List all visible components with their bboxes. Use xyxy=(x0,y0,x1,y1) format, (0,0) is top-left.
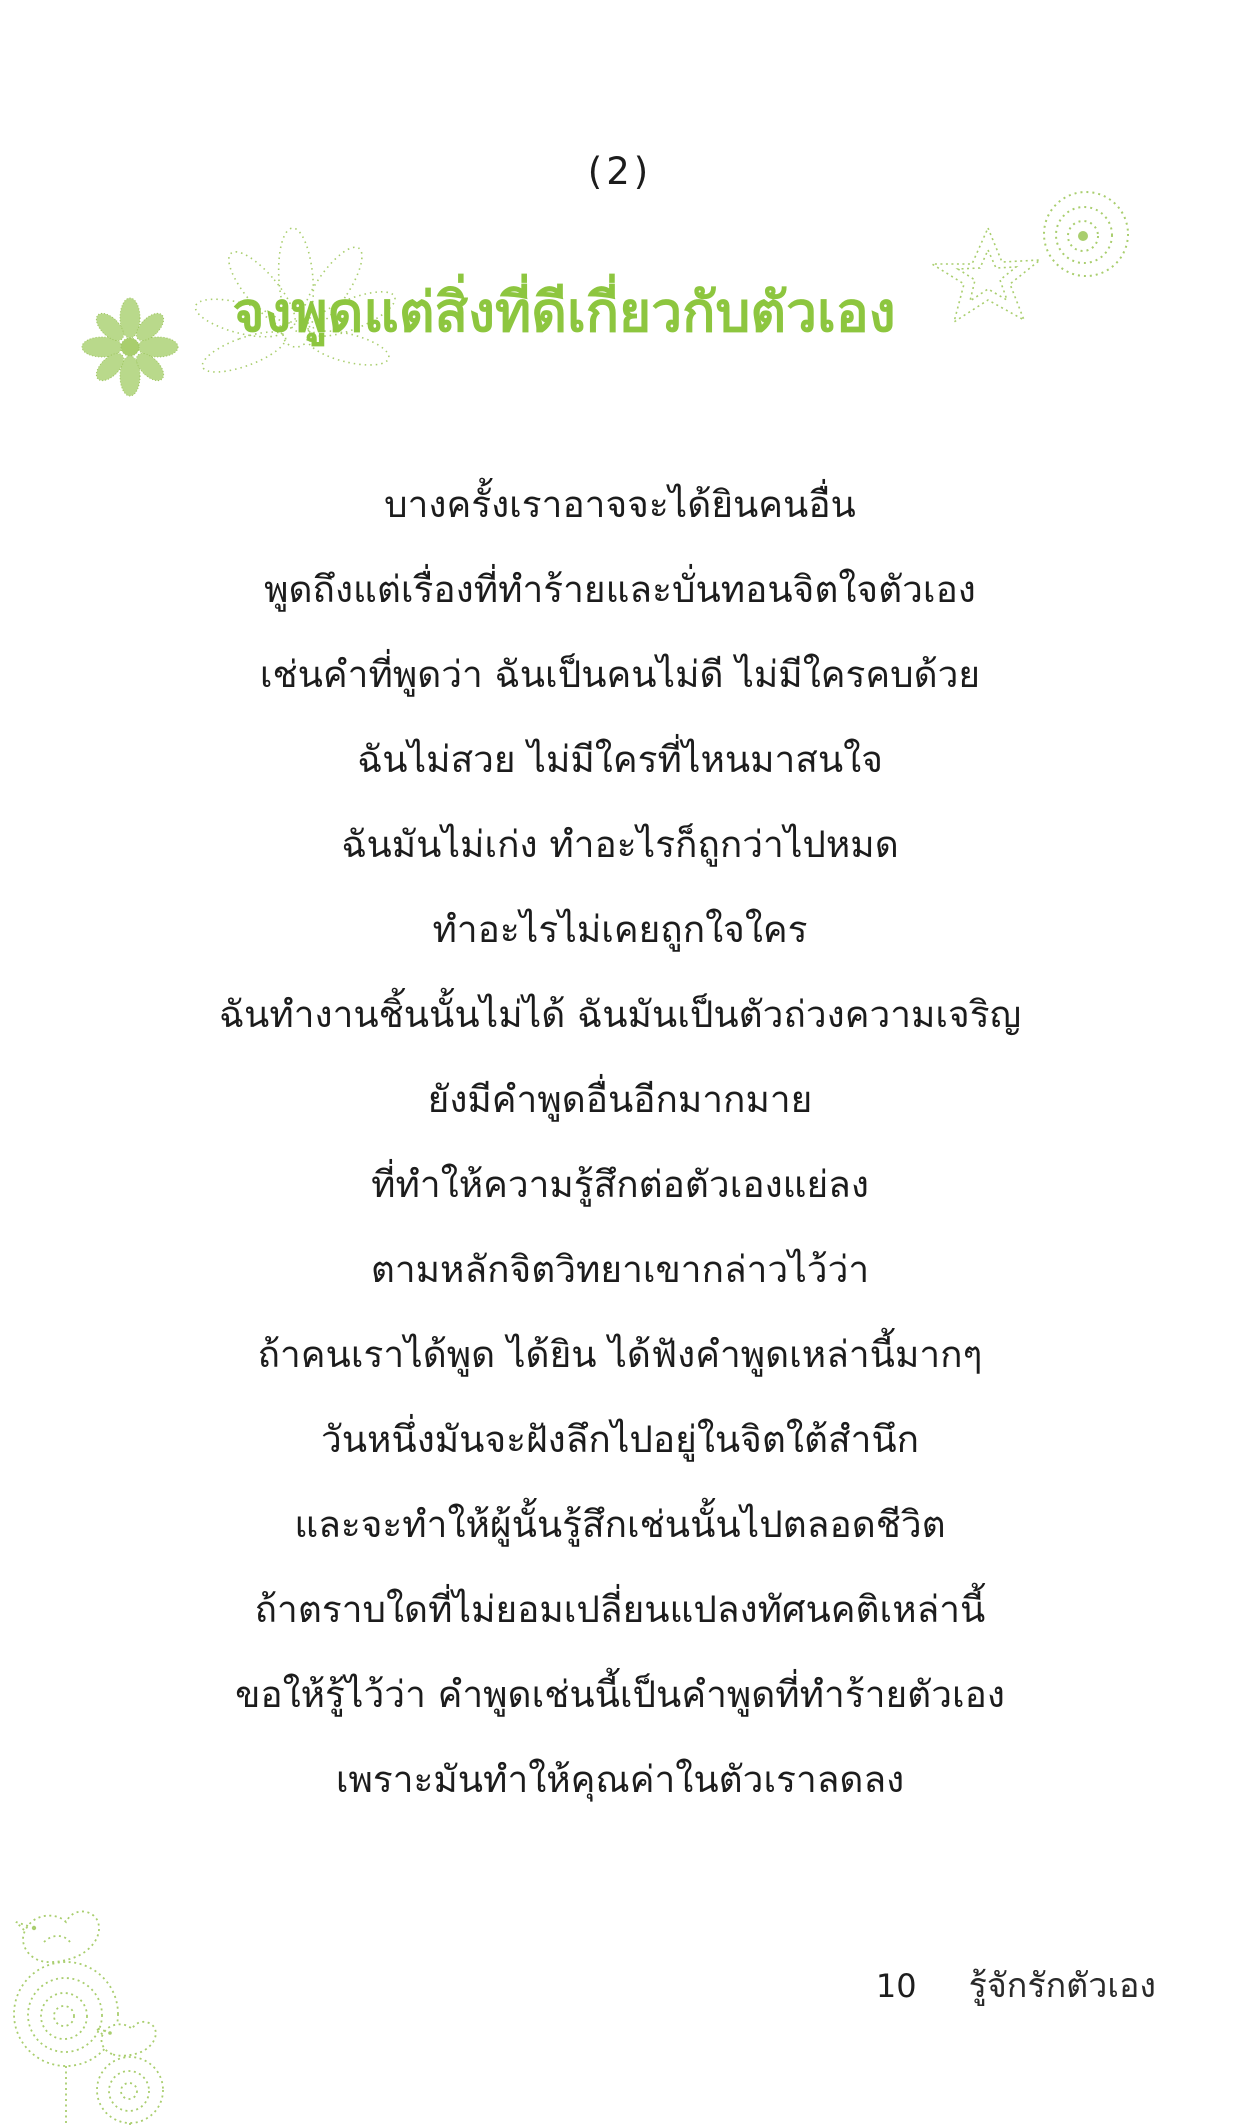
body-line: บางครั้งเราอาจจะได้ยินคนอื่น xyxy=(0,462,1240,547)
body-line: เพราะมันทำให้คุณค่าในตัวเราลดลง xyxy=(0,1737,1240,1822)
body-line: ฉันไม่สวย ไม่มีใครที่ไหนมาสนใจ xyxy=(0,717,1240,802)
body-line: ยังมีคำพูดอื่นอีกมากมาย xyxy=(0,1057,1240,1142)
body-line: เช่นคำที่พูดว่า ฉันเป็นคนไม่ดี ไม่มีใครค… xyxy=(0,632,1240,717)
page-number: 10 xyxy=(876,1967,917,2005)
body-line: ถ้าตราบใดที่ไม่ยอมเปลี่ยนแปลงทัศนคติเหล่… xyxy=(0,1567,1240,1652)
book-title: รู้จักรักตัวเอง xyxy=(969,1958,1156,2012)
spiral-doodle-icon xyxy=(1028,180,1140,292)
body-line: ที่ทำให้ความรู้สึกต่อตัวเองแย่ลง xyxy=(0,1142,1240,1227)
bird-flower-doodle-icon xyxy=(4,1864,184,2126)
body-line: ตามหลักจิตวิทยาเขากล่าวไว้ว่า xyxy=(0,1227,1240,1312)
body-line: ฉันทำงานชิ้นนั้นไม่ได้ ฉันมันเป็นตัวถ่วง… xyxy=(0,972,1240,1057)
body-line: วันหนึ่งมันจะฝังลึกไปอยู่ในจิตใต้สำนึก xyxy=(0,1397,1240,1482)
body-line: ทำอะไรไม่เคยถูกใจใคร xyxy=(0,887,1240,972)
page-footer: 10 รู้จักรักตัวเอง xyxy=(876,1958,1156,2012)
body-line: ฉันมันไม่เก่ง ทำอะไรก็ถูกว่าไปหมด xyxy=(0,802,1240,887)
book-page: (2) จงพูดแต่สิ่งที่ดีเกี่ยวกับตัวเอง บาง… xyxy=(0,0,1240,2126)
body-line: ถ้าคนเราได้พูด ได้ยิน ได้ฟังคำพูดเหล่านี… xyxy=(0,1312,1240,1397)
body-text: บางครั้งเราอาจจะได้ยินคนอื่น พูดถึงแต่เร… xyxy=(0,462,1240,1822)
body-line: และจะทำให้ผู้นั้นรู้สึกเช่นนั้นไปตลอดชีว… xyxy=(0,1482,1240,1567)
body-line: ขอให้รู้ไว้ว่า คำพูดเช่นนี้เป็นคำพูดที่ท… xyxy=(0,1652,1240,1737)
section-number: (2) xyxy=(0,150,1240,193)
chapter-title: จงพูดแต่สิ่งที่ดีเกี่ยวกับตัวเอง xyxy=(0,278,1240,347)
body-line: พูดถึงแต่เรื่องที่ทำร้ายและบั่นทอนจิตใจต… xyxy=(0,547,1240,632)
